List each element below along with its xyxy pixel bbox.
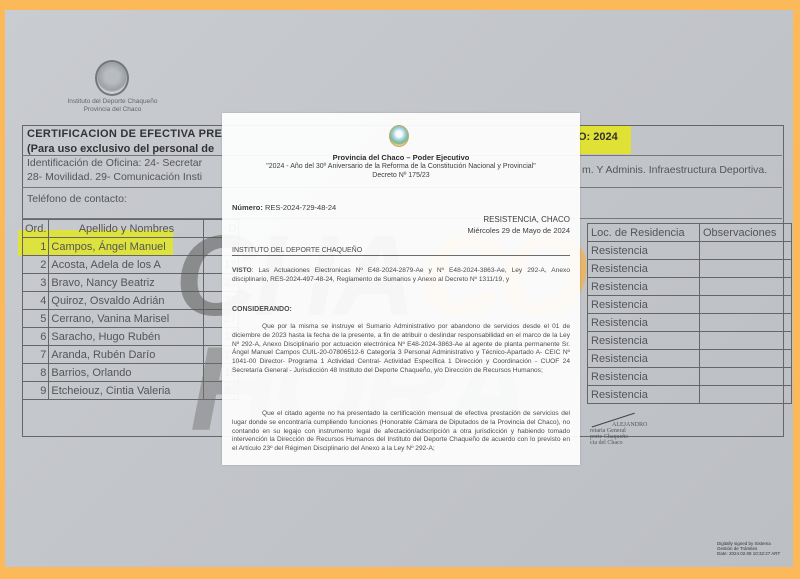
row-ord: 1	[23, 238, 49, 256]
row-residence: Resistencia	[588, 386, 700, 404]
number-value: RES-2024-729-48-24	[265, 203, 336, 212]
row-name: Etcheiouz, Cintia Valeria	[49, 382, 204, 400]
table-row: Resistencia	[588, 314, 792, 332]
resolution-motto: "2024 - Año del 30º Aniversario de la Re…	[222, 163, 580, 170]
office-identification-line2: 28- Movilidad. 29- Comunicación Insti	[27, 171, 202, 183]
office-identification-continued: m. Y Adminis. Infraestructura Deportiva.	[582, 164, 767, 176]
resolution-city: RESISTENCIA, CHACO	[483, 215, 570, 224]
resolution-date: Miércoles 29 de Mayo de 2024	[467, 226, 570, 235]
institution-label: Instituto del Deporte Chaqueño Provincia…	[45, 98, 180, 114]
row-observations	[700, 350, 792, 368]
residence-table: Loc. de Residencia Observaciones Resiste…	[587, 223, 792, 404]
digital-signature-line: Date: 2024.02.08 10:32:27 ART	[717, 551, 780, 556]
office-identification: Identificación de Oficina: 24- Secretar	[27, 157, 202, 169]
row-residence: Resistencia	[588, 278, 700, 296]
table-row: Resistencia	[588, 350, 792, 368]
row-ord: 6	[23, 328, 49, 346]
row-ord: 9	[23, 382, 49, 400]
signature-line: cia del Chaco	[590, 440, 647, 446]
resolution-document: Provincia del Chaco – Poder Ejecutivo "2…	[222, 113, 580, 465]
header-observations: Observaciones	[700, 224, 792, 242]
row-observations	[700, 368, 792, 386]
header-ord: Ord.	[23, 220, 49, 238]
resolution-number: Número: RES-2024-729-48-24	[232, 203, 336, 212]
chaco-coat-of-arms-icon	[389, 125, 409, 147]
number-label: Número:	[232, 203, 263, 212]
resolution-header: Provincia del Chaco – Poder Ejecutivo	[222, 153, 580, 162]
resolution-decree: Decreto Nº 175/23	[222, 172, 580, 179]
certification-title: CERTIFICACION DE EFECTIVA PRE	[27, 128, 222, 140]
row-observations	[700, 314, 792, 332]
row-observations	[700, 386, 792, 404]
row-residence: Resistencia	[588, 242, 700, 260]
row-ord: 4	[23, 292, 49, 310]
row-name: Aranda, Rubén Darío	[49, 346, 204, 364]
row-ord: 2	[23, 256, 49, 274]
chaco-coat-of-arms-icon	[95, 60, 129, 96]
certification-year: O: 2024	[578, 131, 618, 143]
row-ord: 3	[23, 274, 49, 292]
row-ord: 7	[23, 346, 49, 364]
row-residence: Resistencia	[588, 296, 700, 314]
row-residence: Resistencia	[588, 350, 700, 368]
table-row: Resistencia	[588, 242, 792, 260]
row-residence: Resistencia	[588, 260, 700, 278]
row-observations	[700, 242, 792, 260]
table-row: Resistencia	[588, 278, 792, 296]
table-header-row: Loc. de Residencia Observaciones	[588, 224, 792, 242]
certification-subtitle: (Para uso exclusivo del personal de	[27, 143, 214, 155]
institution-name: Instituto del Deporte Chaqueño	[45, 98, 180, 106]
row-residence: Resistencia	[588, 314, 700, 332]
considerando-paragraph-1: Que por la misma se instruye el Sumario …	[232, 323, 570, 376]
row-observations	[700, 296, 792, 314]
row-observations	[700, 260, 792, 278]
table-row: Resistencia	[588, 332, 792, 350]
phone-label: Teléfono de contacto:	[27, 193, 127, 205]
digital-signature-stamp: Digitally signed by Sistema Gestión de T…	[717, 541, 780, 556]
table-row: Resistencia	[588, 368, 792, 386]
table-row: Resistencia	[588, 296, 792, 314]
row-observations	[700, 278, 792, 296]
table-row: Resistencia	[588, 260, 792, 278]
considerando-heading: CONSIDERANDO:	[232, 306, 570, 315]
row-residence: Resistencia	[588, 368, 700, 386]
row-residence: Resistencia	[588, 332, 700, 350]
row-ord: 5	[23, 310, 49, 328]
institution-province: Provincia del Chaco	[45, 106, 180, 114]
row-ord: 8	[23, 364, 49, 382]
resolution-institution: INSTITUTO DEL DEPORTE CHAQUEÑO	[232, 247, 570, 256]
header-residence: Loc. de Residencia	[588, 224, 700, 242]
considerando-paragraph-2: Que el citado agente no ha presentado la…	[232, 410, 570, 454]
signature-block: ALEJANDRO retaria General porte Chaqueño…	[590, 422, 647, 446]
visto-label: VISTO	[232, 267, 252, 274]
row-name: Barrios, Orlando	[49, 364, 204, 382]
visto-paragraph: VISTO: Las Actuaciones Electronicas Nº E…	[232, 267, 570, 285]
row-observations	[700, 332, 792, 350]
visto-text: : Las Actuaciones Electronicas Nº E48-20…	[232, 267, 570, 283]
